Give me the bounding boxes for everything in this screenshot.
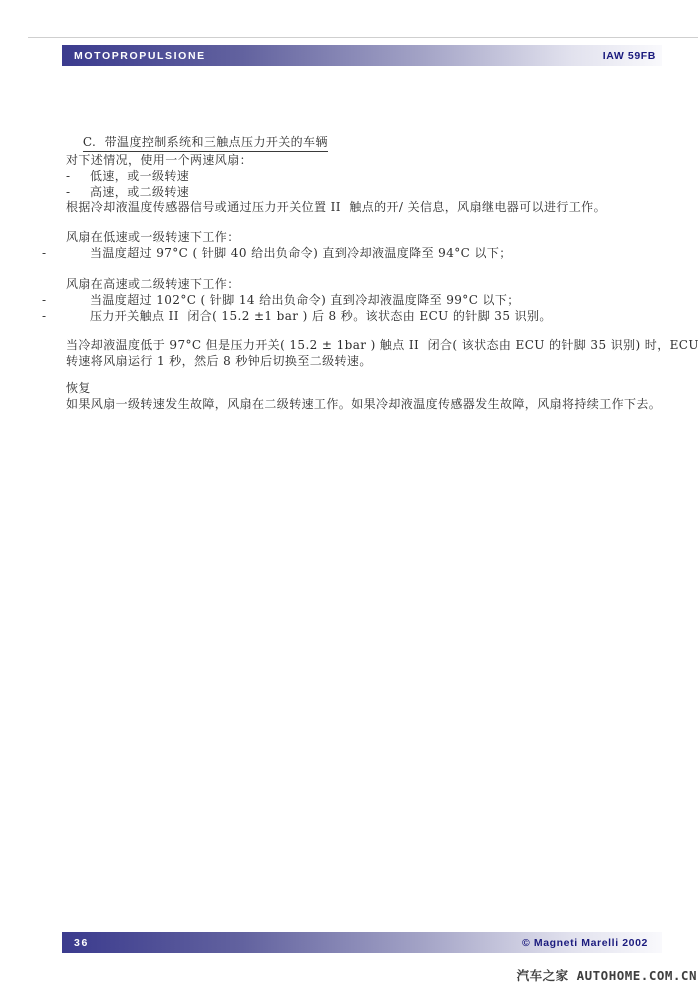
intro-bullet-2: 高速，或二级转速 [90, 185, 189, 200]
scan-hairline [28, 37, 698, 38]
high-speed-bullet-2: 压力开关触点 II 闭合( 15.2 ±1 bar ) 后 8 秒。该状态由 E… [90, 309, 552, 324]
bullet-dash: - [66, 169, 70, 183]
high-speed-heading: 风扇在高速或二级转速下工作： [66, 277, 240, 292]
bullet-dash: - [66, 185, 70, 199]
header-section-title: MOTOPROPULSIONE [62, 50, 206, 62]
low-speed-heading: 风扇在低速或一级转速下工作： [66, 230, 240, 245]
recovery-text: 如果风扇一级转速发生故障，风扇在二级转速工作。如果冷却液温度传感器发生故障，风扇… [66, 397, 661, 412]
document-page: MOTOPROPULSIONE IAW 59FB C. 带温度控制系统和三触点压… [0, 0, 700, 990]
intro-note: 根据冷却液温度传感器信号或通过压力开关位置 II 触点的开/ 关信息，风扇继电器… [66, 200, 606, 215]
autohome-watermark: 汽车之家 AUTOHOME.COM.CN [517, 966, 697, 984]
section-title: C. 带温度控制系统和三触点压力开关的车辆 [83, 135, 328, 152]
bullet-dash: - [42, 246, 46, 260]
header-model-code: IAW 59FB [603, 50, 662, 62]
pressure-paragraph-line-2: 转速将风扇运行 1 秒，然后 8 秒钟后切换至二级转速。 [66, 354, 372, 369]
intro-line: 对下述情况，使用一个两速风扇： [66, 153, 252, 168]
recovery-heading: 恢复 [66, 381, 91, 396]
bullet-dash: - [42, 293, 46, 307]
bullet-dash: - [42, 309, 46, 323]
pressure-paragraph-line-1: 当冷却液温度低于 97°C 但是压力开关( 15.2 ± 1bar ) 触点 I… [66, 338, 700, 353]
header-bar: MOTOPROPULSIONE IAW 59FB [62, 45, 662, 66]
intro-bullet-1: 低速，或一级转速 [90, 169, 189, 184]
high-speed-bullet-1: 当温度超过 102°C ( 针脚 14 给出负命令) 直到冷却液温度降至 99°… [90, 293, 520, 308]
copyright-notice: © Magneti Marelli 2002 [522, 937, 662, 949]
low-speed-bullet-1: 当温度超过 97°C ( 针脚 40 给出负命令) 直到冷却液温度降至 94°C… [90, 246, 512, 261]
footer-bar: 36 © Magneti Marelli 2002 [62, 932, 662, 953]
page-number: 36 [62, 937, 89, 949]
